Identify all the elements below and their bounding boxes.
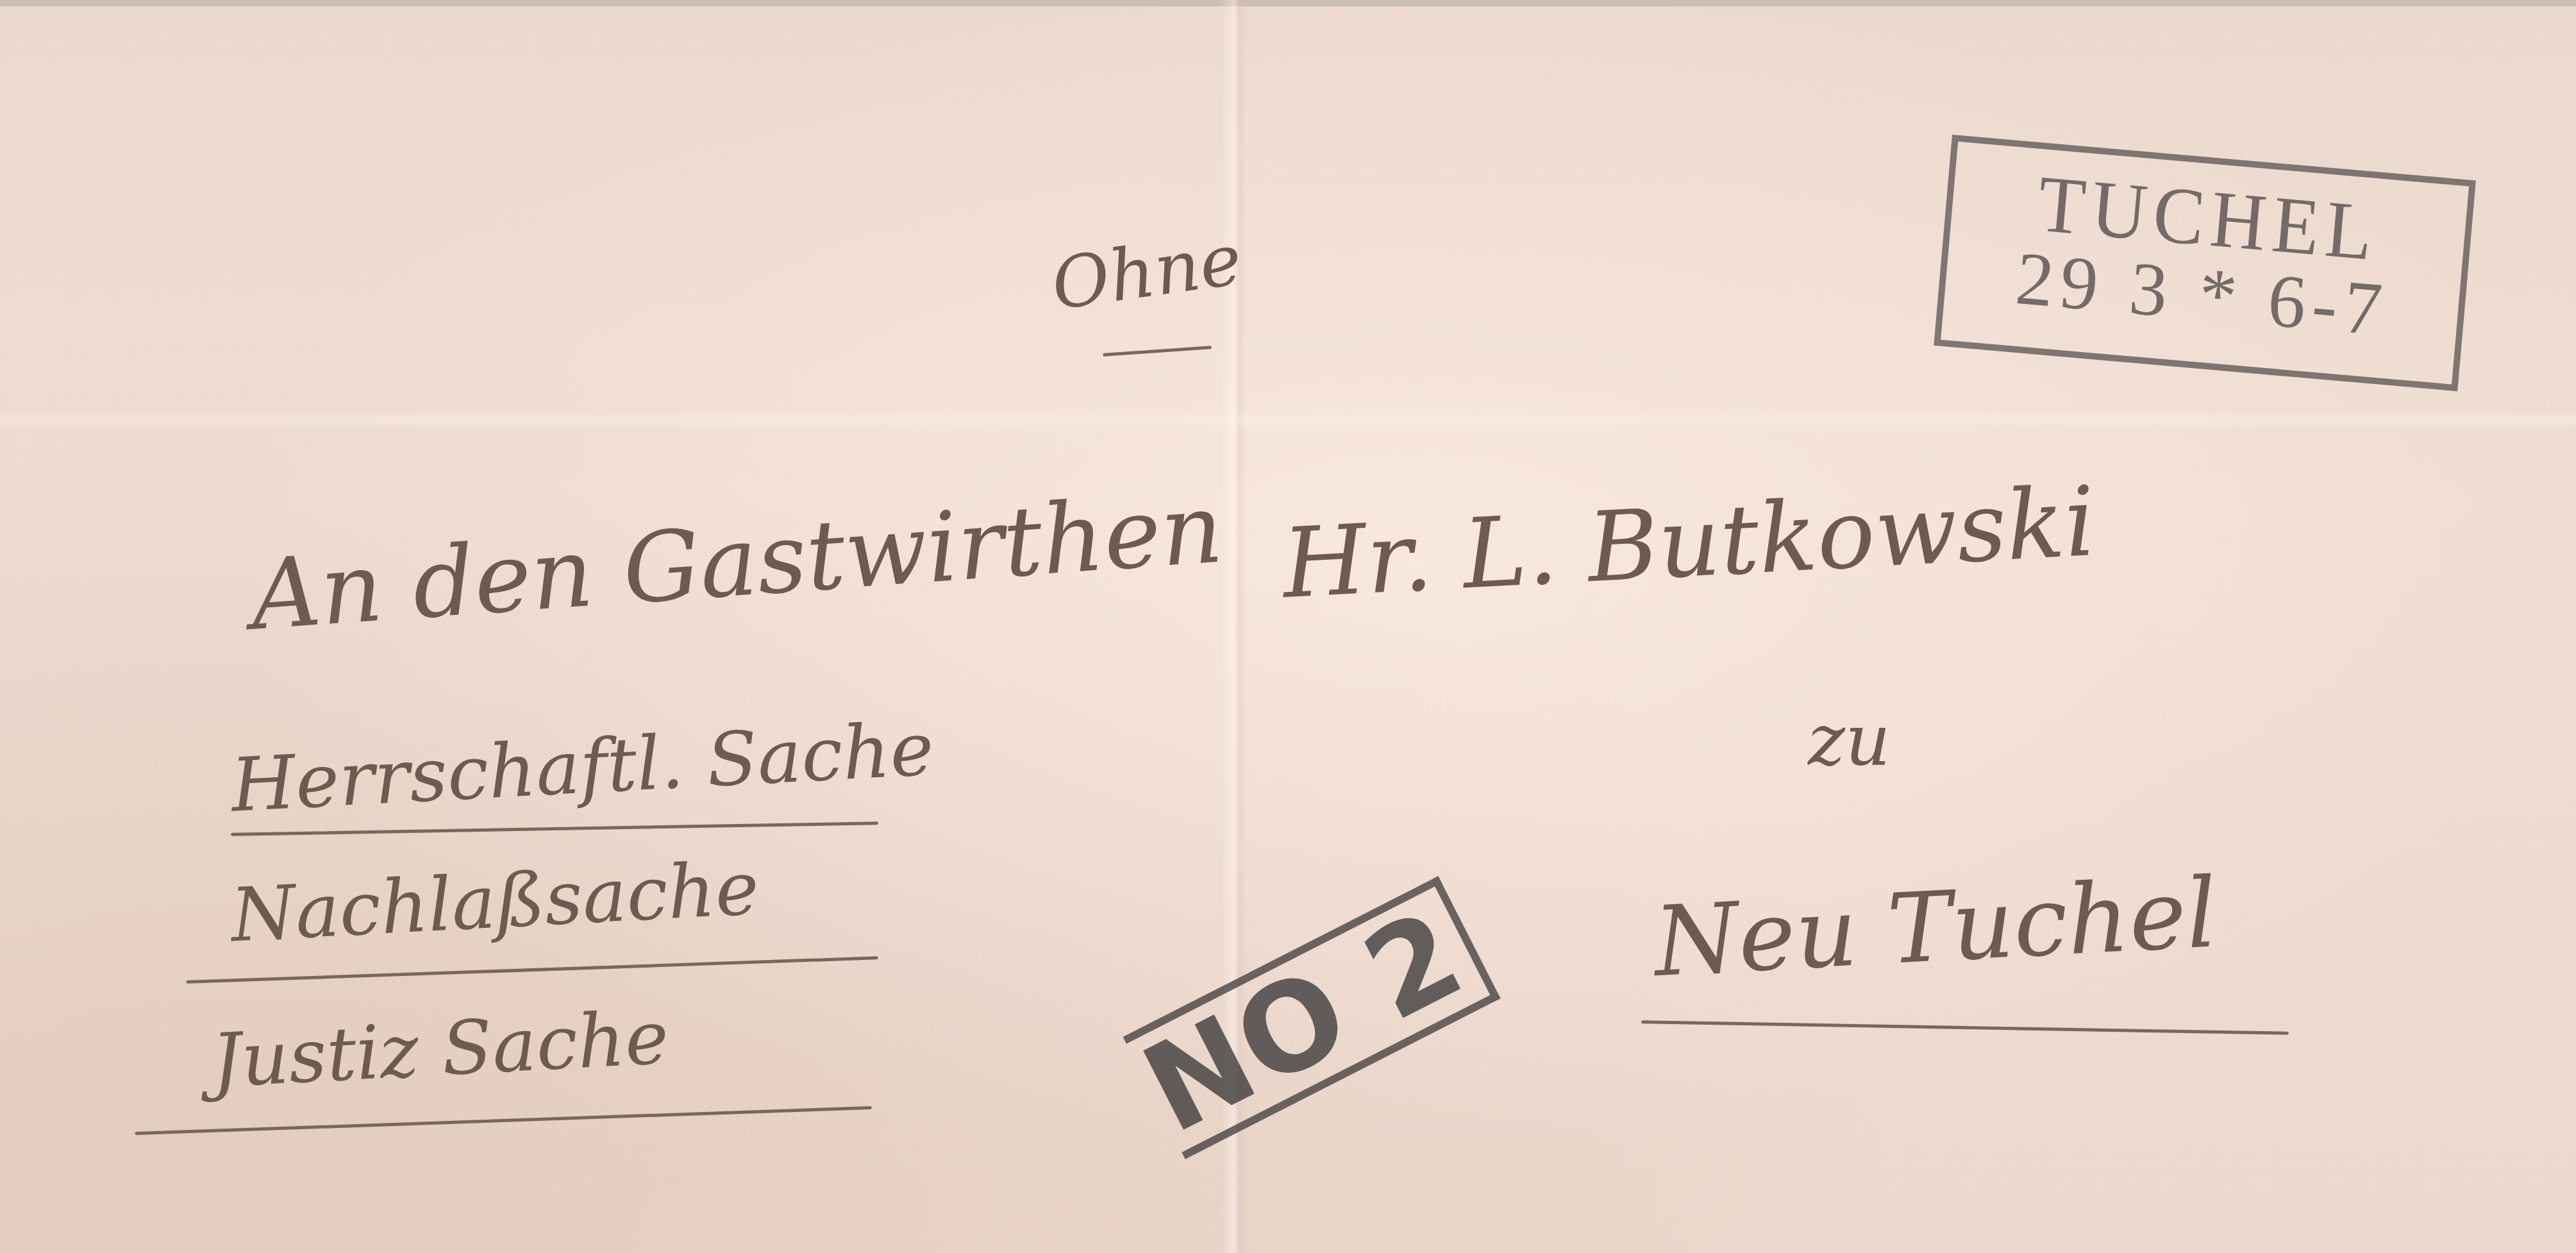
service-note-rule-3 <box>135 1106 871 1135</box>
address-line-2: Hr. L. Butkowski <box>1280 466 2098 620</box>
address-line-4: Neu Tuchel <box>1652 857 2220 998</box>
annotation-ohne: Ohne <box>1047 218 1247 326</box>
annotation-underline <box>1103 346 1212 357</box>
tuchel-box-postmark: TUCHEL 29 3 * 6-7 <box>1934 135 2476 391</box>
service-note-line-1: Herrschaftl. Sache <box>229 706 935 828</box>
service-note-line-3: Justiz Sache <box>210 995 671 1104</box>
address-line-1: An den Gastwirthen <box>247 473 1226 652</box>
address-line-3: zu <box>1808 699 1891 781</box>
letter-cover: TUCHEL 29 3 * 6-7 Ohne An den Gastwirthe… <box>0 0 2576 1253</box>
numeral-handstamp: NO 2 <box>1123 876 1501 1159</box>
horizontal-fold-crease <box>0 410 2576 430</box>
address-underline <box>1641 1020 2289 1035</box>
service-note-rule-2 <box>186 956 878 984</box>
service-note-line-2: Nachlaßsache <box>229 846 761 959</box>
paper-top-edge <box>0 0 2576 6</box>
